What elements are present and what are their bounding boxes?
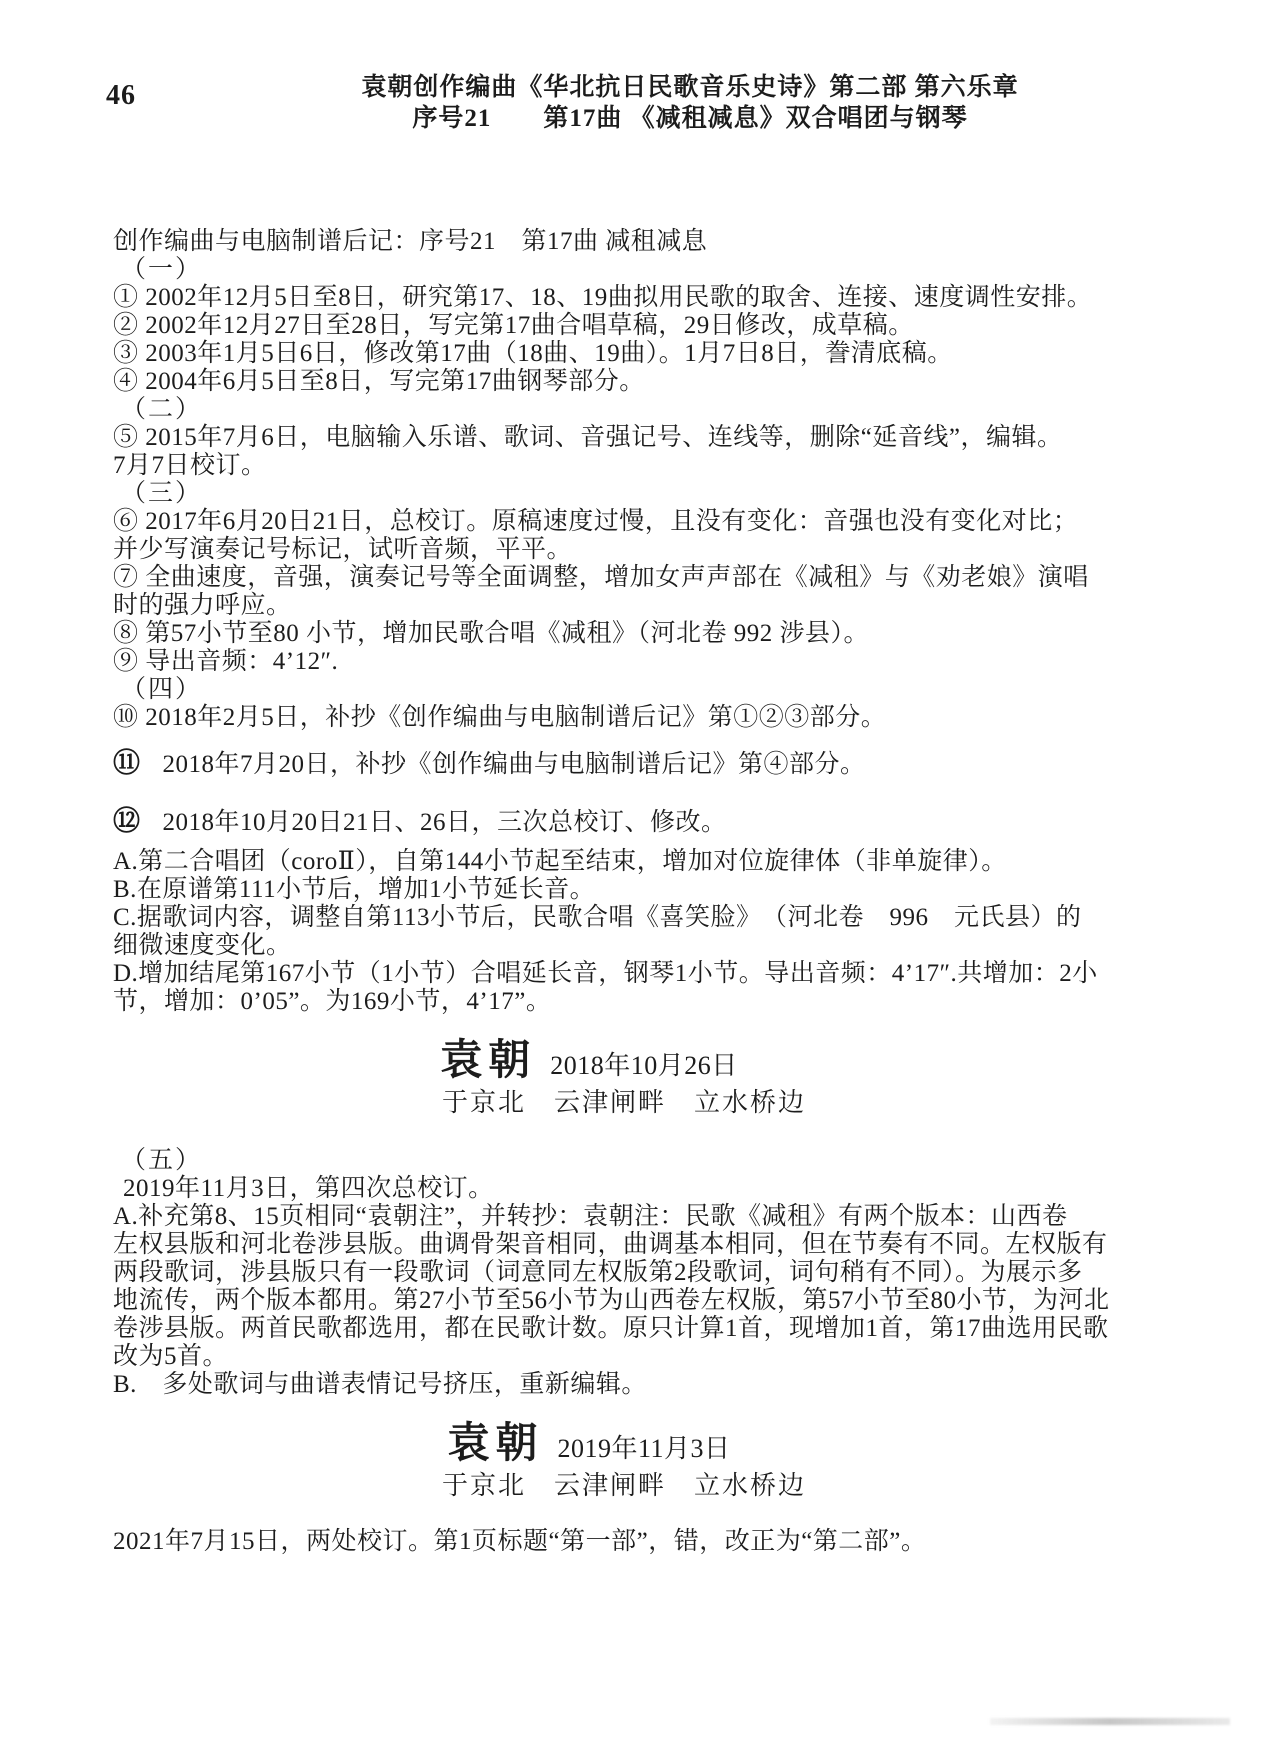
sub-item-b: B.在原谱第111小节后，增加1小节延长音。 <box>113 876 1175 904</box>
list-item-12: ⑫2018年10月20日21日、26日，三次总校订、修改。 <box>113 807 1175 837</box>
list-item-1: ① 2002年12月5日至8日，研究第17、18、19曲拟用民歌的取舍、连接、速… <box>113 284 1175 312</box>
list-item-6-cont: 并少写演奏记号标记，试听音频，平平。 <box>113 536 1175 564</box>
document-page: 46 袁朝创作编曲《华北抗日民歌音乐史诗》第二部 第六乐章 序号21 第17曲 … <box>0 0 1278 1757</box>
section-label-5: （五） <box>113 1147 1175 1175</box>
section-label-4: （四） <box>113 676 1175 704</box>
revision-date-line: 2019年11月3日，第四次总校订。 <box>113 1175 1175 1203</box>
sub-item-d: D.增加结尾第167小节（1小节）合唱延长音，钢琴1小节。导出音频：4’17″.… <box>113 960 1175 988</box>
note-a-line2: 左权县版和河北卷涉县版。曲调骨架音相同，曲调基本相同，但在节奏有不同。左权版有 <box>113 1231 1175 1259</box>
final-correction-note: 2021年7月15日，两处校订。第1页标题“第一部”，错，改正为“第二部”。 <box>113 1528 1175 1556</box>
signature-block-2: 袁朝2019年11月3日 <box>58 1429 1120 1464</box>
circled-number-12: ⑫ <box>113 806 141 836</box>
note-a-line4: 地流传，两个版本都用。第27小节至56小节为山西卷左权版，第57小节至80小节，… <box>113 1287 1175 1315</box>
list-item-9: ⑨ 导出音频：4’12″. <box>113 648 1175 676</box>
page-number: 46 <box>106 80 136 112</box>
list-item-4: ④ 2004年6月5日至8日，写完第17曲钢琴部分。 <box>113 368 1175 396</box>
postscript-title: 创作编曲与电脑制谱后记：序号21 第17曲 减租减息 <box>113 228 1175 256</box>
signature-place-1: 于京北 云津闸畔 立水桥边 <box>93 1087 1155 1119</box>
signature-name: 袁朝 <box>440 1036 536 1083</box>
circled-number-11: ⑪ <box>113 748 141 778</box>
list-item-3: ③ 2003年1月5日6日，修改第17曲（18曲、19曲）。1月7日8日，誊清底… <box>113 340 1175 368</box>
note-a-line6: 改为5首。 <box>113 1343 1175 1371</box>
list-item-6: ⑥ 2017年6月20日21日，总校订。原稿速度过慢，且没有变化：音强也没有变化… <box>113 508 1175 536</box>
section-label-1: （一） <box>113 256 1175 284</box>
document-header: 袁朝创作编曲《华北抗日民歌音乐史诗》第二部 第六乐章 序号21 第17曲 《减租… <box>250 72 1130 134</box>
list-item-8: ⑧ 第57小节至80 小节，增加民歌合唱《减租》（河北卷 992 涉县）。 <box>113 620 1175 648</box>
signature-place-2: 于京北 云津闸畔 立水桥边 <box>93 1470 1155 1502</box>
sub-item-c-cont: 细微速度变化。 <box>113 932 1175 960</box>
signature-name: 袁朝 <box>447 1419 543 1466</box>
list-item-5-cont: 7月7日校订。 <box>113 452 1175 480</box>
section-label-2: （二） <box>113 396 1175 424</box>
document-body: 创作编曲与电脑制谱后记：序号21 第17曲 减租减息 （一） ① 2002年12… <box>113 228 1175 1556</box>
sub-item-c: C.据歌词内容，调整自第113小节后，民歌合唱《喜笑脸》 （河北卷 996 元氏… <box>113 904 1175 932</box>
list-item-7-cont: 时的强力呼应。 <box>113 592 1175 620</box>
sub-item-a: A.第二合唱团（coroⅡ），自第144小节起至结束，增加对位旋律体（非单旋律）… <box>113 848 1175 876</box>
list-item-2: ② 2002年12月27日至28日，写完第17曲合唱草稿，29日修改，成草稿。 <box>113 312 1175 340</box>
note-a-line1: A.补充第8、15页相同“袁朝注”，并转抄：袁朝注：民歌《减租》有两个版本：山西… <box>113 1203 1175 1231</box>
section-label-3: （三） <box>113 480 1175 508</box>
note-b-line: B. 多处歌词与曲谱表情记号挤压，重新编辑。 <box>113 1371 1175 1399</box>
signature-date: 2019年11月3日 <box>557 1434 730 1463</box>
header-title-line2: 序号21 第17曲 《减租减息》双合唱团与钢琴 <box>250 103 1130 134</box>
list-item-10: ⑩ 2018年2月5日，补抄《创作编曲与电脑制谱后记》第①②③部分。 <box>113 704 1175 732</box>
list-item-7: ⑦ 全曲速度，音强，演奏记号等全面调整，增加女声声部在《减租》与《劝老娘》演唱 <box>113 564 1175 592</box>
sub-item-d-cont: 节，增加：0’05”。为169小节，4’17”。 <box>113 988 1175 1016</box>
note-a-line5: 卷涉县版。两首民歌都选用，都在民歌计数。原只计算1首，现增加1首，第17曲选用民… <box>113 1315 1175 1343</box>
list-item-11: ⑪2018年7月20日，补抄《创作编曲与电脑制谱后记》第④部分。 <box>113 749 1175 779</box>
list-item-12-text: 2018年10月20日21日、26日，三次总校订、修改。 <box>163 809 727 836</box>
list-item-5: ⑤ 2015年7月6日，电脑输入乐谱、歌词、音强记号、连线等，删除“延音线”，编… <box>113 424 1175 452</box>
signature-block-1: 袁朝2018年10月26日 <box>58 1046 1120 1081</box>
header-title-line1: 袁朝创作编曲《华北抗日民歌音乐史诗》第二部 第六乐章 <box>250 72 1130 103</box>
signature-date: 2018年10月26日 <box>550 1051 738 1080</box>
scan-watermark <box>990 1718 1230 1725</box>
note-a-line3: 两段歌词，涉县版只有一段歌词（词意同左权版第2段歌词，词句稍有不同）。为展示多 <box>113 1259 1175 1287</box>
list-item-11-text: 2018年7月20日，补抄《创作编曲与电脑制谱后记》第④部分。 <box>163 751 866 778</box>
